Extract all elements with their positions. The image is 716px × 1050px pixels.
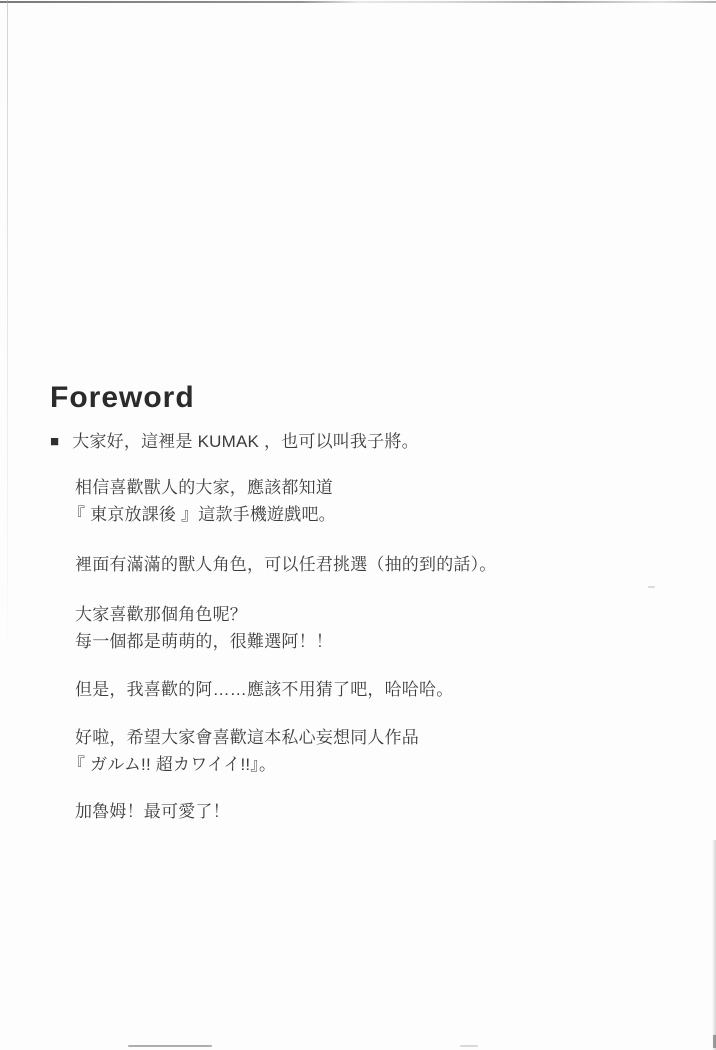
scanned-foreword-page: Foreword ■大家好，這裡是 KUMAK ，也可以叫我子將。 相信喜歡獸人… — [0, 0, 716, 1050]
text-line: 好啦，希望大家會喜歡這本私心妄想同人作品 — [75, 724, 419, 751]
text-line: 大家好，這裡是 KUMAK ，也可以叫我子將。 — [72, 432, 419, 451]
text-line: 『 東京放課後 』這款手機遊戲吧。 — [68, 501, 336, 528]
paragraph-closing: 加魯姆！最可愛了！ — [75, 798, 230, 825]
paragraph-greeting: ■大家好，這裡是 KUMAK ，也可以叫我子將。 — [50, 428, 419, 455]
scan-edge-right — [712, 840, 716, 1050]
page-title: Foreword — [50, 381, 195, 415]
scan-edge-top — [0, 1, 716, 3]
text-line: 『 ガルム!! 超カワイイ!!』。 — [68, 751, 419, 778]
square-bullet-icon: ■ — [50, 428, 59, 455]
scan-smudge — [648, 586, 655, 588]
text-line: 加魯姆！最可愛了！ — [75, 798, 230, 825]
scan-edge-bottom-mark — [460, 1045, 478, 1047]
text-line: 每一個都是萌萌的，很難選阿！！ — [75, 628, 333, 655]
text-line: 相信喜歡獸人的大家，應該都知道 — [75, 474, 336, 501]
text-line: 大家喜歡那個角色呢？ — [75, 601, 333, 628]
paragraph-my-favorite: 但是，我喜歡的阿……應該不用猜了吧，哈哈哈。 — [75, 676, 453, 703]
paragraph-favorite-question: 大家喜歡那個角色呢？ 每一個都是萌萌的，很難選阿！！ — [75, 601, 333, 655]
scan-edge-left — [7, 0, 8, 640]
text-line: 但是，我喜歡的阿……應該不用猜了吧，哈哈哈。 — [75, 676, 453, 703]
text-line: 裡面有滿滿的獸人角色，可以任君挑選（抽的到的話）。 — [75, 551, 497, 578]
scan-edge-bottom-mark — [128, 1045, 212, 1047]
paragraph-characters: 裡面有滿滿的獸人角色，可以任君挑選（抽的到的話）。 — [75, 551, 497, 578]
paragraph-game-intro: 相信喜歡獸人的大家，應該都知道 『 東京放課後 』這款手機遊戲吧。 — [75, 474, 336, 528]
paragraph-book-title: 好啦，希望大家會喜歡這本私心妄想同人作品 『 ガルム!! 超カワイイ!!』。 — [75, 724, 419, 778]
